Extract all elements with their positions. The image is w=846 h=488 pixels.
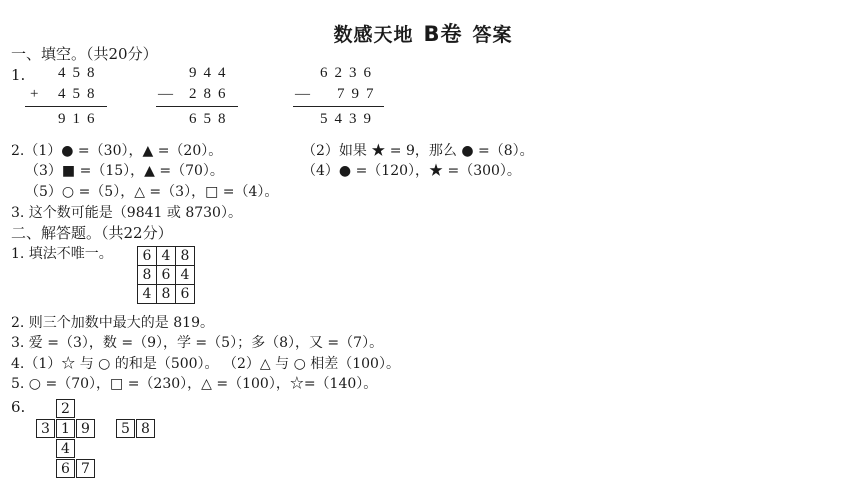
q2-line2-right: （4）● =（120），★ =（300）。	[302, 161, 521, 181]
grid-cell: 4	[176, 266, 195, 285]
magic-grid: 6 4 8 8 6 4 4 8 6	[137, 246, 195, 304]
problem2-bottom: 286	[189, 86, 233, 103]
net-cell: 6	[56, 459, 75, 478]
grid-cell: 6	[138, 247, 157, 266]
title-suffix: 答案	[473, 24, 513, 46]
grid-cell: 8	[157, 285, 176, 304]
grid-cell: 8	[138, 266, 157, 285]
problem3-rule	[293, 106, 384, 107]
q1-label: 1.	[11, 65, 25, 85]
q3-line: 3. 这个数可能是（9841 或 8730）。	[11, 203, 242, 223]
grid-cell: 4	[138, 285, 157, 304]
title-volume: B卷	[423, 22, 462, 46]
net-cell: 3	[36, 419, 55, 438]
net-cell: 1	[56, 419, 75, 438]
q2-line2-left: （3）■ =（15），▲ =（70）。	[25, 161, 224, 181]
section1-heading: 一、填空。（共20分）	[11, 44, 158, 64]
title-main: 数感天地	[333, 24, 413, 46]
problem2-rule	[156, 106, 238, 107]
net-cell: 7	[76, 459, 95, 478]
problem3-top: 6236	[320, 65, 378, 82]
net-cell: 2	[56, 399, 75, 418]
grid-cell: 6	[157, 266, 176, 285]
problem1-op: +	[30, 86, 45, 103]
problem2-op: —	[158, 86, 180, 103]
s2-q4: 4.（1）☆ 与 ○ 的和是（500）。 （2）△ 与 ○ 相差（100）。	[11, 354, 400, 374]
problem3-bottom: 797	[337, 86, 381, 103]
problem1-top: 458	[58, 65, 102, 82]
pair-cell: 5	[116, 419, 135, 438]
q2-line3: （5）○ =（5），△ =（3），□ =（4）。	[25, 182, 278, 202]
s2-q2: 2. 则三个加数中最大的是 819。	[11, 313, 214, 333]
grid-cell: 6	[176, 285, 195, 304]
grid-cell: 8	[176, 247, 195, 266]
net-cell: 4	[56, 439, 75, 458]
net-cell: 9	[76, 419, 95, 438]
problem2-top: 944	[189, 65, 233, 82]
q2-line1-left: 2.（1）● =（30），▲ =（20）。	[11, 141, 222, 161]
problem3-result: 5439	[320, 111, 378, 128]
problem3-op: —	[295, 86, 317, 103]
s2-q5: 5. ○ =（70），□ =（230），△ =（100），☆=（140）。	[11, 374, 377, 394]
problem1-bottom: 458	[58, 86, 102, 103]
s2-q1-text: 1. 填法不唯一。	[11, 244, 113, 264]
problem1-result: 916	[58, 111, 102, 128]
problem2-result: 658	[189, 111, 233, 128]
pair-cell: 8	[136, 419, 155, 438]
s2-q6-label: 6.	[11, 397, 25, 417]
problem1-rule	[25, 106, 107, 107]
s2-q3: 3. 爱 =（3），数 =（9），学 =（5）；多（8），又 =（7）。	[11, 333, 383, 353]
grid-cell: 4	[157, 247, 176, 266]
q2-line1-right: （2）如果 ★ = 9，那么 ● =（8）。	[302, 141, 534, 161]
section2-heading: 二、解答题。（共22分）	[11, 223, 173, 243]
